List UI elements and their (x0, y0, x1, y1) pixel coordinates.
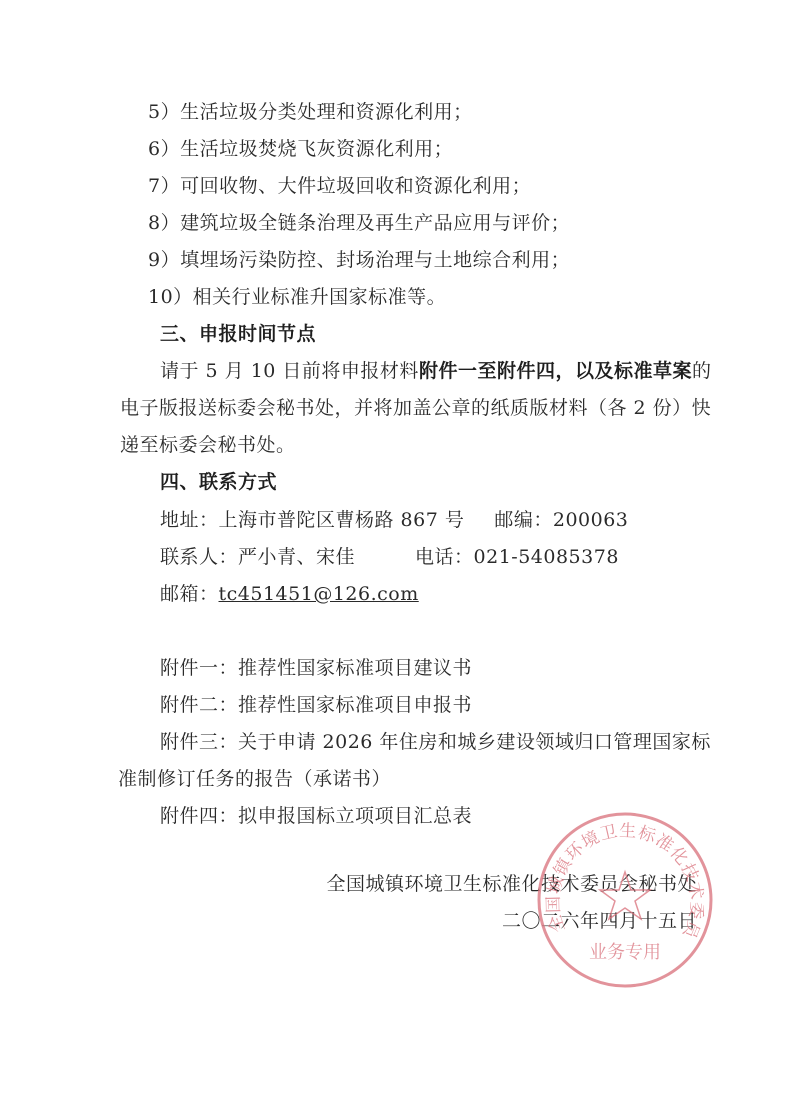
list-item: 8）建筑垃圾全链条治理及再生产品应用与评价； (148, 211, 570, 235)
signature-org: 全国城镇环境卫生标准化技术委员会秘书处 (326, 872, 697, 896)
contact-line: 联系人：严小青、宋佳电话：021-54085378 (160, 545, 619, 569)
list-item: 5）生活垃圾分类处理和资源化利用； (148, 100, 473, 124)
attachment-item: 附件四：拟申报国标立项项目汇总表 (160, 804, 472, 828)
list-item: 9）填埋场污染防控、封场治理与土地综合利用； (148, 248, 570, 272)
attachment-item: 附件三：关于申请 2026 年住房和城乡建设领域归口管理国家标 (160, 730, 711, 754)
list-item: 6）生活垃圾焚烧飞灰资源化利用； (148, 137, 453, 161)
paragraph-line: 电子版报送标委会秘书处，并将加盖公章的纸质版材料（各 2 份）快 (120, 396, 711, 420)
attachment-item: 准制修订任务的报告（承诺书） (118, 767, 391, 791)
attachment-item: 附件二：推荐性国家标准项目申报书 (160, 693, 472, 717)
paragraph-text: 的 (692, 360, 712, 382)
address-line: 地址：上海市普陀区曹杨路 867 号邮编：200063 (160, 508, 628, 532)
svg-text:业务专用: 业务专用 (589, 942, 661, 963)
list-item: 7）可回收物、大件垃圾回收和资源化利用； (148, 174, 531, 198)
paragraph-line: 递至标委会秘书处。 (120, 433, 296, 457)
paragraph-line: 请于 5 月 10 日前将申报材料附件一至附件四，以及标准草案的 (160, 359, 711, 383)
section-heading: 三、申报时间节点 (160, 322, 316, 346)
section-heading: 四、联系方式 (160, 470, 277, 494)
list-item: 10）相关行业标准升国家标准等。 (148, 285, 446, 309)
address: 地址：上海市普陀区曹杨路 867 号 (160, 509, 464, 531)
paragraph-text: 请于 5 月 10 日前将申报材料 (160, 360, 419, 382)
postcode: 邮编：200063 (494, 509, 628, 531)
email-line: 邮箱：tc451451@126.com (160, 582, 419, 606)
email-label: 邮箱： (160, 583, 219, 605)
attachment-item: 附件一：推荐性国家标准项目建议书 (160, 656, 472, 680)
email-link[interactable]: tc451451@126.com (219, 583, 419, 605)
emphasis-text: 附件一至附件四，以及标准草案 (419, 360, 692, 382)
signature-date: 二〇二六年四月十五日 (502, 909, 697, 933)
contact-person: 联系人：严小青、宋佳 (160, 546, 355, 568)
official-seal-icon: 全国城镇环境卫生标准化技术委员会 业务专用 (535, 810, 715, 990)
phone: 电话：021-54085378 (415, 546, 619, 568)
